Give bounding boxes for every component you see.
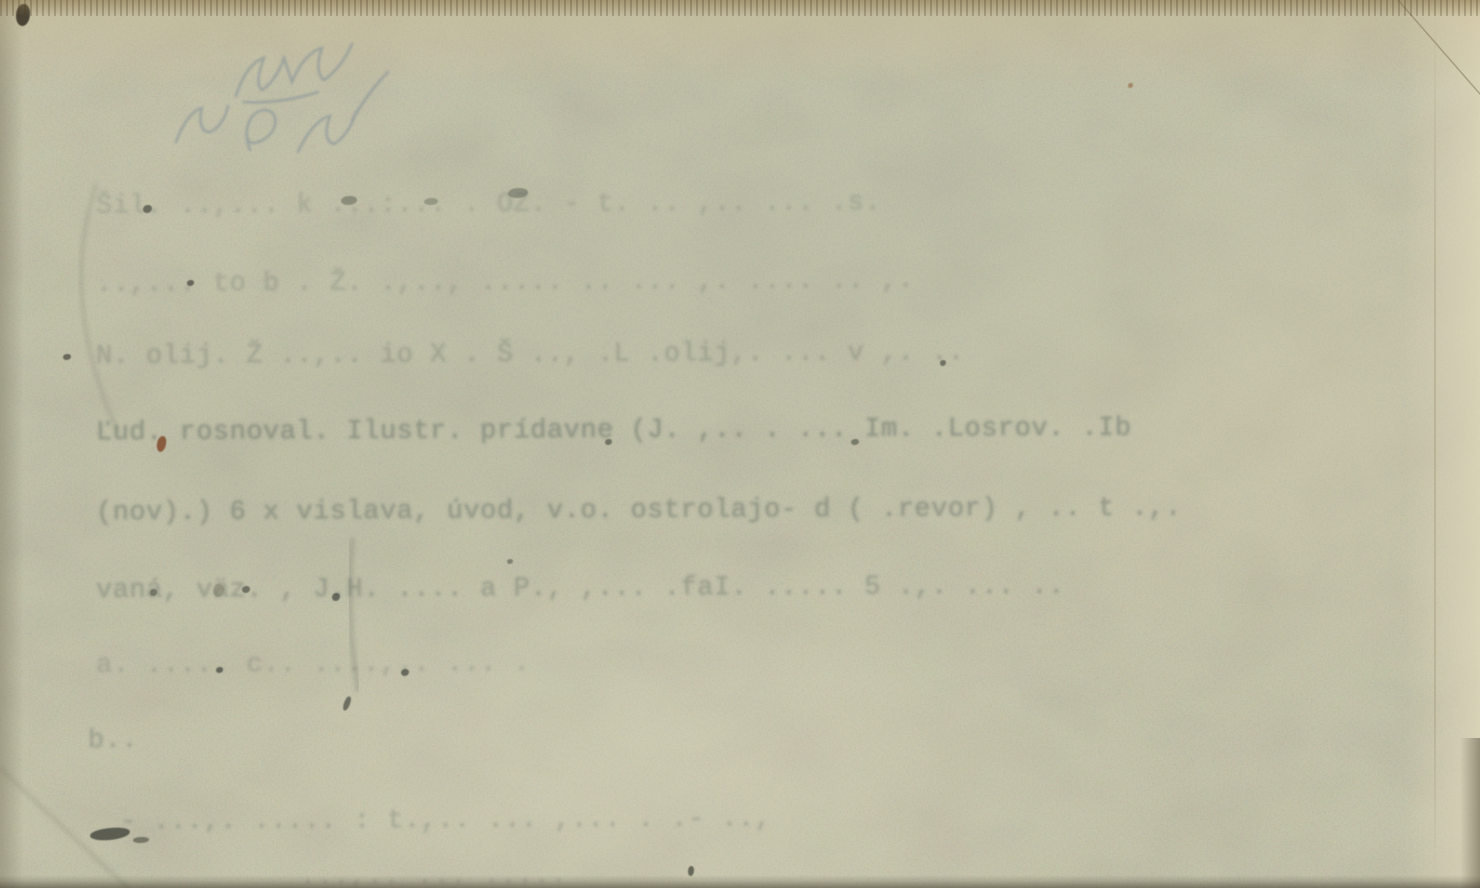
crease-vertical <box>350 540 358 690</box>
pencil-scribble-line2c <box>298 112 356 152</box>
pencil-and-creases <box>0 0 1480 888</box>
right-edge-shadow <box>1460 738 1480 888</box>
pencil-scribble-flourish <box>244 92 318 102</box>
pencil-scribble-stroke <box>352 72 388 120</box>
bottom-edge-shadow <box>0 875 1480 888</box>
top-edge-band <box>0 0 1480 16</box>
pencil-scribbles <box>176 44 388 152</box>
crease-left-arc <box>81 185 118 432</box>
pencil-scribble-line2a <box>176 106 228 142</box>
scanned-paper: Šil. ..,... k ...:... . OZ. - t. .. ,.. … <box>0 0 1480 888</box>
pencil-scribble-line1 <box>236 44 352 96</box>
crease-bottom-left <box>0 768 128 888</box>
right-edge-line <box>1434 0 1436 888</box>
crease-lines <box>0 0 1480 888</box>
pencil-scribble-line2b <box>247 110 275 150</box>
